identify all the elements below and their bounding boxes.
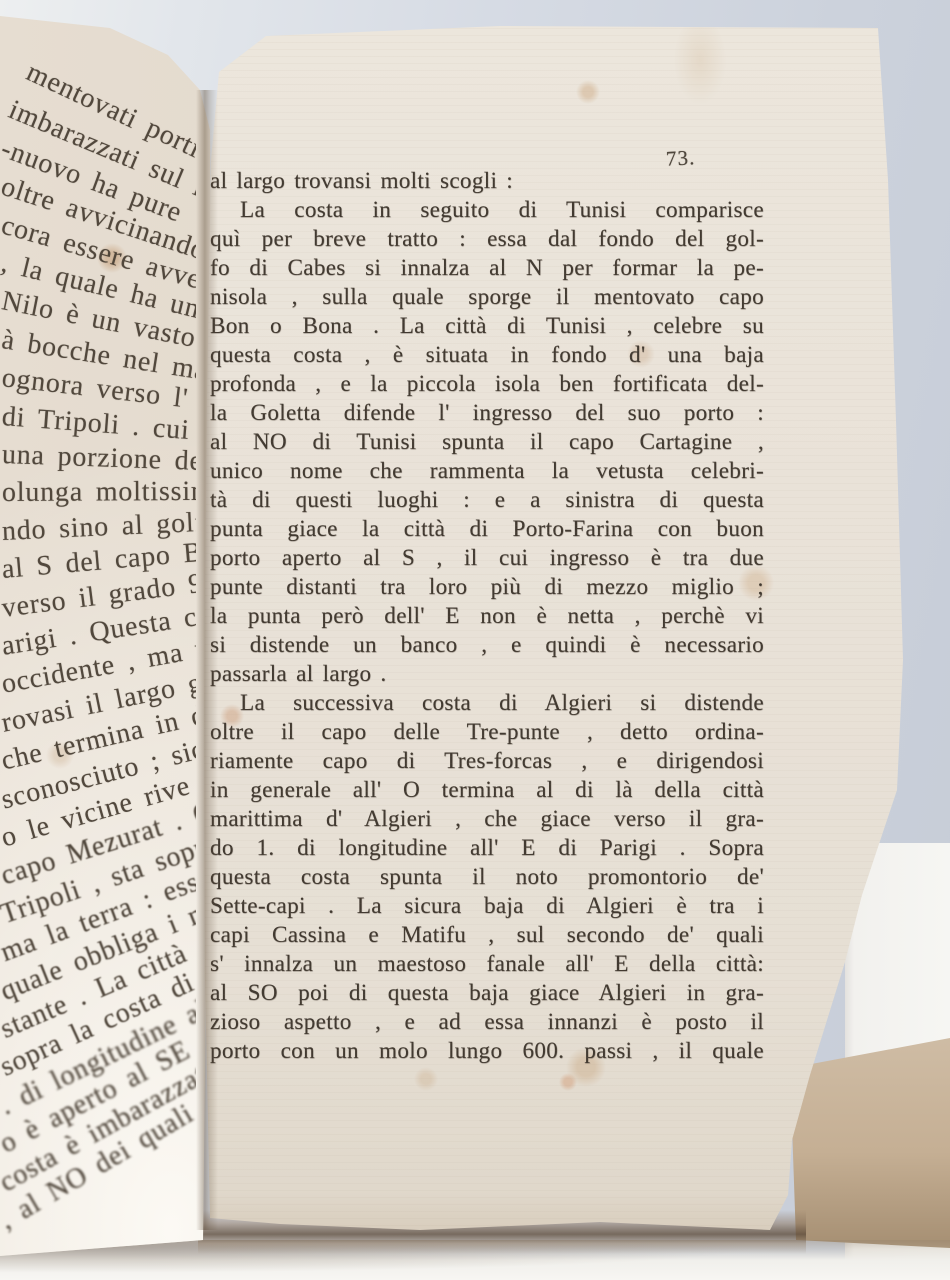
- text-line: la punta però dell' E non è netta , perc…: [210, 602, 764, 631]
- text-line: al SO poi di questa baja giace Algieri i…: [210, 979, 764, 1008]
- text-line: do 1. di longitudine all' E di Parigi . …: [210, 834, 764, 863]
- text-line: passarla al largo .: [210, 660, 764, 689]
- right-page-text: al largo trovansi molti scogli :La costa…: [210, 167, 764, 1066]
- text-line: punta giace la città di Porto-Farina con…: [210, 515, 764, 544]
- text-line: zioso aspetto , e ad essa innanzi è post…: [210, 1008, 764, 1037]
- text-line: profonda , e la piccola isola ben fortif…: [210, 370, 764, 399]
- text-line: si distende un banco , e quindi è necess…: [210, 631, 764, 660]
- text-line: oltre il capo delle Tre-punte , detto or…: [210, 718, 764, 747]
- text-line: s' innalza un maestoso fanale all' E del…: [210, 950, 764, 979]
- text-line: al NO di Tunisi spunta il capo Cartagine…: [210, 428, 764, 457]
- text-line: in generale all' O termina al di là dell…: [210, 776, 764, 805]
- text-line: riamente capo di Tres-forcas , e dirigen…: [210, 747, 764, 776]
- text-line: questa costa , è situata in fondo d' una…: [210, 341, 764, 370]
- text-line: porto con un molo lungo 600. passi , il …: [210, 1037, 764, 1066]
- text-line: La successiva costa di Algieri si disten…: [210, 689, 764, 718]
- text-line: quì per breve tratto : essa dal fondo de…: [210, 225, 764, 254]
- text-line: nisola , sulla quale sporge il mentovato…: [210, 283, 764, 312]
- text-line: Bon o Bona . La città di Tunisi , celebr…: [210, 312, 764, 341]
- book-photo: mentovati porti ,imbarazzati sul lo-nuov…: [0, 0, 950, 1280]
- text-line: marittima d' Algieri , che giace verso i…: [210, 805, 764, 834]
- text-line: la Goletta difende l' ingresso del suo p…: [210, 399, 764, 428]
- book-gutter-shadow: [196, 90, 218, 1230]
- text-line: questa costa spunta il noto promontorio …: [210, 863, 764, 892]
- text-line: La costa in seguito di Tunisi comparisce: [210, 196, 764, 225]
- text-line: Sette-capi . La sicura baja di Algieri è…: [210, 892, 764, 921]
- text-line: tà di questi luoghi : e a sinistra di qu…: [210, 486, 764, 515]
- text-line: porto aperto al S , il cui ingresso è tr…: [210, 544, 764, 573]
- text-line: al largo trovansi molti scogli :: [210, 167, 764, 196]
- text-line: capi Cassina e Matifu , sul secondo de' …: [210, 921, 764, 950]
- text-line: fo di Cabes si innalza al N per formar l…: [210, 254, 764, 283]
- text-line: unico nome che rammenta la vetusta celeb…: [210, 457, 764, 486]
- text-line: punte distanti tra loro più di mezzo mig…: [210, 573, 764, 602]
